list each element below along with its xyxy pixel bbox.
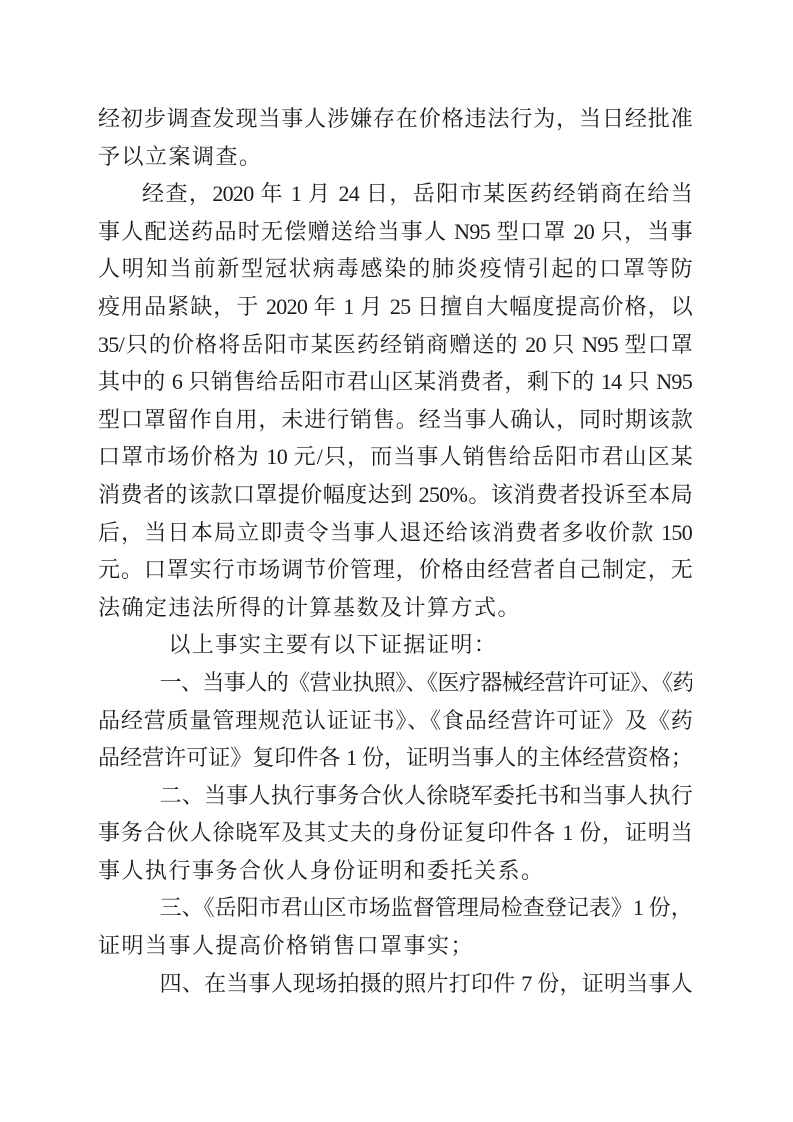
paragraph-7: 四、在当事人现场拍摄的照片打印件 7 份，证明当事人	[98, 965, 692, 1003]
document-text-block: 经初步调查发现当事人涉嫌存在价格违法行为，当日经批准 予以立案调查。 经查，20…	[98, 100, 692, 1002]
text-line: 四、在当事人现场拍摄的照片打印件 7 份，证明当事人	[98, 965, 692, 1003]
text-line: 其中的 6 只销售给岳阳市君山区某消费者，剩下的 14 只 N95	[98, 363, 692, 401]
text-line: 口罩市场价格为 10 元/只，而当事人销售给岳阳市君山区某	[98, 438, 692, 476]
text-line: 品经营许可证》复印件各 1 份，证明当事人的主体经营资格；	[98, 739, 692, 777]
text-line: 疫用品紧缺，于 2020 年 1 月 25 日擅自大幅度提高价格，以	[98, 288, 692, 326]
text-line: 三、《岳阳市君山区市场监督管理局检查登记表》1 份，	[98, 889, 692, 927]
text-line: 事人执行事务合伙人身份证明和委托关系。	[98, 852, 692, 890]
text-line: 事人配送药品时无偿赠送给当事人 N95 型口罩 20 只，当事	[98, 213, 692, 251]
paragraph-6: 三、《岳阳市君山区市场监督管理局检查登记表》1 份， 证明当事人提高价格销售口罩…	[98, 889, 692, 964]
text-line: 一、当事人的《营业执照》、《医疗器械经营许可证》、《药	[98, 664, 692, 702]
text-line: 型口罩留作自用，未进行销售。经当事人确认，同时期该款	[98, 401, 692, 439]
text-line: 经查，2020 年 1 月 24 日，岳阳市某医药经销商在给当	[98, 175, 692, 213]
document-page: 经初步调查发现当事人涉嫌存在价格违法行为，当日经批准 予以立案调查。 经查，20…	[0, 0, 793, 1122]
text-line: 二、当事人执行事务合伙人徐晓军委托书和当事人执行	[98, 777, 692, 815]
paragraph-3: 以上事实主要有以下证据证明：	[98, 626, 692, 664]
text-line: 事务合伙人徐晓军及其丈夫的身份证复印件各 1 份，证明当	[98, 814, 692, 852]
paragraph-1: 经初步调查发现当事人涉嫌存在价格违法行为，当日经批准 予以立案调查。	[98, 100, 692, 175]
text-line: 以上事实主要有以下证据证明：	[98, 626, 692, 664]
text-line: 人明知当前新型冠状病毒感染的肺炎疫情引起的口罩等防	[98, 250, 692, 288]
text-line: 元。口罩实行市场调节价管理，价格由经营者自己制定，无	[98, 551, 692, 589]
text-line: 消费者的该款口罩提价幅度达到 250%。该消费者投诉至本局	[98, 476, 692, 514]
text-line: 35/只的价格将岳阳市某医药经销商赠送的 20 只 N95 型口罩	[98, 326, 692, 364]
text-line: 证明当事人提高价格销售口罩事实；	[98, 927, 692, 965]
text-line: 法确定违法所得的计算基数及计算方式。	[98, 589, 692, 627]
text-line: 后，当日本局立即责令当事人退还给该消费者多收价款 150	[98, 514, 692, 552]
text-line: 品经营质量管理规范认证证书》、《食品经营许可证》及《药	[98, 702, 692, 740]
paragraph-2: 经查，2020 年 1 月 24 日，岳阳市某医药经销商在给当 事人配送药品时无…	[98, 175, 692, 626]
text-line: 予以立案调查。	[98, 138, 692, 176]
paragraph-4: 一、当事人的《营业执照》、《医疗器械经营许可证》、《药 品经营质量管理规范认证证…	[98, 664, 692, 777]
paragraph-5: 二、当事人执行事务合伙人徐晓军委托书和当事人执行 事务合伙人徐晓军及其丈夫的身份…	[98, 777, 692, 890]
text-line: 经初步调查发现当事人涉嫌存在价格违法行为，当日经批准	[98, 100, 692, 138]
